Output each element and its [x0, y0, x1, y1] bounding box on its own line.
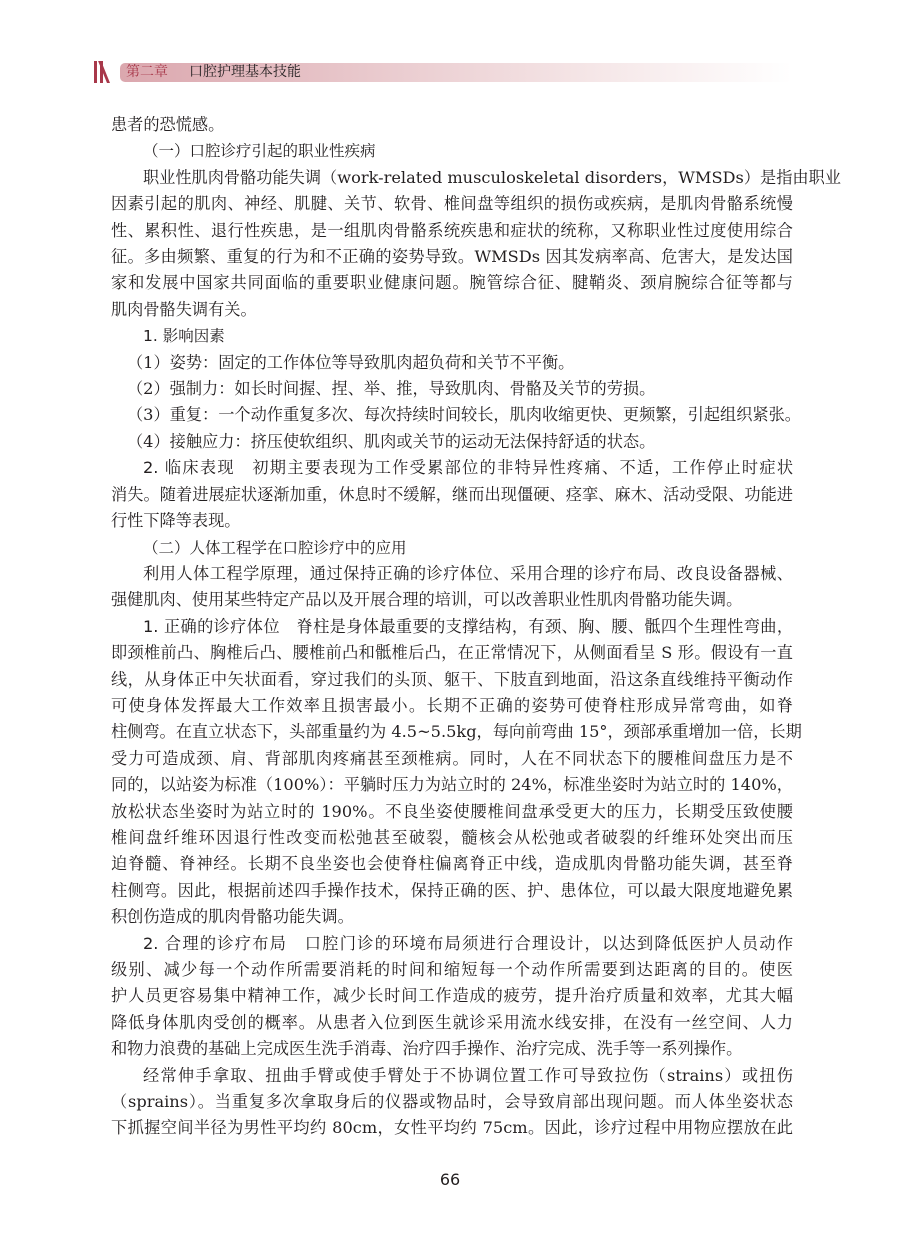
chapter-number: 第二章 [126, 63, 168, 82]
paragraph-line: 肌肉骨骼失调有关。 [111, 297, 793, 323]
paragraph-line: 因素引起的肌肉、神经、肌腱、关节、软骨、椎间盘等组织的损伤或疾病，是肌肉骨骼系统… [111, 191, 793, 217]
paragraph-line: （sprains）。当重复多次拿取身后的仪器或物品时，会导致肩部出现问题。而人体… [111, 1089, 793, 1115]
section-heading: （一）口腔诊疗引起的职业性疾病 [111, 138, 793, 164]
section-heading: （二）人体工程学在口腔诊疗中的应用 [111, 535, 793, 561]
paragraph-line: 和物力浪费的基础上完成医生洗手消毒、治疗四手操作、治疗完成、洗手等一系列操作。 [111, 1036, 793, 1062]
list-item: （2）强制力：如长时间握、捏、举、推，导致肌肉、骨骼及关节的劳损。 [111, 376, 793, 402]
paragraph-line: 1. 正确的诊疗体位 脊柱是身体最重要的支撑结构，有颈、胸、腰、骶四个生理性弯曲… [111, 614, 793, 640]
paragraph-line: 即颈椎前凸、胸椎后凸、腰椎前凸和骶椎后凸，在正常情况下，从侧面看呈 S 形。假设… [111, 640, 793, 666]
paragraph-line: 利用人体工程学原理，通过保持正确的诊疗体位、采用合理的诊疗布局、改良设备器械、 [111, 561, 793, 587]
paragraph-line: 积创伤造成的肌肉骨骼功能失调。 [111, 904, 793, 930]
paragraph-line: 性、累积性、退行性疾患，是一组肌肉骨骼系统疾患和症状的统称，又称职业性过度使用综… [111, 218, 793, 244]
paragraph-line: 柱侧弯。因此，根据前述四手操作技术，保持正确的医、护、患体位，可以最大限度地避免… [111, 878, 793, 904]
paragraph-line: 强健肌肉、使用某些特定产品以及开展合理的培训，可以改善职业性肌肉骨骼功能失调。 [111, 587, 793, 613]
paragraph-line: 2. 合理的诊疗布局 口腔门诊的环境布局须进行合理设计，以达到降低医护人员动作 [111, 931, 793, 957]
list-item: （3）重复：一个动作重复多次、每次持续时间较长，肌肉收缩更快、更频繁，引起组织紧… [111, 402, 793, 428]
paragraph-line: 护人员更容易集中精神工作，减少长时间工作造成的疲劳，提升治疗质量和效率，尤其大幅 [111, 983, 793, 1009]
list-item: （4）接触应力：挤压使软组织、肌肉或关节的运动无法保持舒适的状态。 [111, 429, 793, 455]
paragraph-line: 降低身体肌肉受创的概率。从患者入位到医生就诊采用流水线安排，在没有一丝空间、人力 [111, 1010, 793, 1036]
paragraph-line: 柱侧弯。在直立状态下，头部重量约为 4.5~5.5kg，每向前弯曲 15°，颈部… [111, 719, 793, 745]
paragraph-line: 可使身体发挥最大工作效率且损害最小。长期不正确的姿势可使脊柱形成异常弯曲，如脊 [111, 693, 793, 719]
paragraph-line: 消失。随着进展症状逐渐加重，休息时不缓解，继而出现僵硬、痉挛、麻木、活动受限、功… [111, 482, 793, 508]
paragraph-line: 职业性肌肉骨骼功能失调（work-related musculoskeletal… [111, 165, 793, 191]
inline-heading: 2. 合理的诊疗布局 [143, 934, 287, 953]
paragraph-line: 经常伸手拿取、扭曲手臂或使手臂处于不协调位置工作可导致拉伤（strains）或扭… [111, 1063, 793, 1089]
paragraph-line: 同的，以站姿为标准（100%）：平躺时压力为站立时的 24%，标准坐姿时为站立时… [111, 772, 793, 798]
paragraph-line: 行性下降等表现。 [111, 508, 793, 534]
chapter-bars-icon [92, 60, 122, 84]
paragraph-line: 迫脊髓、脊神经。长期不良坐姿也会使脊柱偏离脊正中线，造成肌肉骨骼功能失调，甚至脊 [111, 851, 793, 877]
paragraph-line: 椎间盘纤维环因退行性改变而松弛甚至破裂，髓核会从松弛或者破裂的纤维环处突出而压 [111, 825, 793, 851]
subsection-heading: 1. 影响因素 [111, 323, 793, 349]
page-body: 患者的恐慌感。 （一）口腔诊疗引起的职业性疾病 职业性肌肉骨骼功能失调（work… [111, 112, 793, 1142]
paragraph-line: 征。多由频繁、重复的行为和不正确的姿势导致。WMSDs 因其发病率高、危害大，是… [111, 244, 793, 270]
chapter-title: 口腔护理基本技能 [189, 63, 301, 82]
paragraph-line: 受力可造成颈、肩、背部肌肉疼痛甚至颈椎病。同时，人在不同状态下的腰椎间盘压力是不 [111, 746, 793, 772]
paragraph-line: 2. 临床表现 初期主要表现为工作受累部位的非特异性疼痛、不适，工作停止时症状 [111, 455, 793, 481]
paragraph-line: 放松状态坐姿时为站立时的 190%。不良坐姿使腰椎间盘承受更大的压力，长期受压致… [111, 799, 793, 825]
paragraph-line: 线，从身体正中矢状面看，穿过我们的头顶、躯干、下肢直到地面，沿这条直线维持平衡动… [111, 667, 793, 693]
paragraph-line: 患者的恐慌感。 [111, 112, 793, 138]
inline-heading: 1. 正确的诊疗体位 [143, 617, 280, 636]
list-item: （1）姿势：固定的工作体位等导致肌肉超负荷和关节不平衡。 [111, 350, 793, 376]
inline-heading: 2. 临床表现 [143, 458, 235, 477]
paragraph-line: 级别、减少每一个动作所需要消耗的时间和缩短每一个动作所需要到达距离的目的。使医 [111, 957, 793, 983]
page-number: 66 [0, 1170, 900, 1189]
paragraph-line: 下抓握空间半径为男性平均约 80cm，女性平均约 75cm。因此，诊疗过程中用物… [111, 1115, 793, 1141]
paragraph-line: 家和发展中国家共同面临的重要职业健康问题。腕管综合征、腱鞘炎、颈肩腕综合征等都与 [111, 270, 793, 296]
running-header: 第二章 口腔护理基本技能 [92, 60, 792, 84]
